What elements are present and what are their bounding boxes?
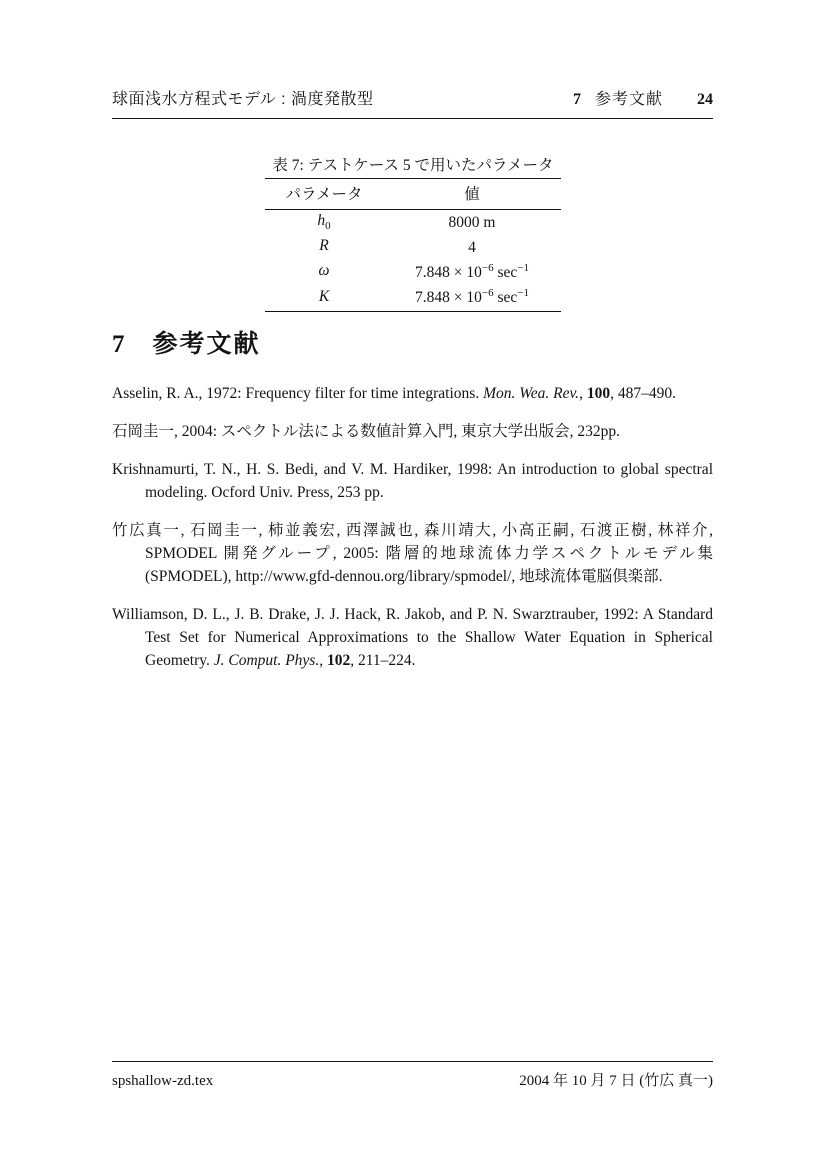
- param-symbol: h: [317, 212, 325, 229]
- value-exponent: −6: [482, 287, 494, 299]
- volume-number: 100: [587, 385, 610, 402]
- section-title: 参考文献: [153, 330, 261, 358]
- reference-entry: Krishnamurti, T. N., H. S. Bedi, and V. …: [112, 458, 713, 504]
- running-header-section-number: 7: [573, 91, 581, 109]
- running-header: 球面浅水方程式モデル : 渦度発散型 7 参考文献 24: [112, 86, 713, 119]
- reference-text: , 地球流体電脳倶楽部.: [511, 568, 662, 585]
- footer-filename: spshallow-zd.tex: [112, 1073, 213, 1090]
- value-cell: 7.848 × 10−6 sec−1: [383, 260, 561, 285]
- running-header-title: 球面浅水方程式モデル : 渦度発散型: [112, 86, 374, 109]
- document-page: 球面浅水方程式モデル : 渦度発散型 7 参考文献 24 表 7: テストケース…: [0, 0, 826, 1169]
- value-text: 7.848 × 10: [415, 264, 482, 281]
- table-header-row: パラメータ 値: [265, 179, 561, 210]
- unit-exponent: −1: [517, 287, 529, 299]
- table-row: h0 8000 m: [265, 210, 561, 236]
- column-header-parameter: パラメータ: [265, 179, 383, 210]
- reference-text: , 211–224.: [350, 652, 415, 669]
- reference-list: Asselin, R. A., 1972: Frequency filter f…: [112, 382, 713, 687]
- param-cell: ω: [265, 260, 383, 285]
- table-row: ω 7.848 × 10−6 sec−1: [265, 260, 561, 285]
- table-row: K 7.848 × 10−6 sec−1: [265, 285, 561, 311]
- volume-number: 102: [327, 652, 350, 669]
- param-symbol: K: [319, 288, 329, 305]
- section-number: 7: [112, 331, 125, 358]
- reference-text: 石岡圭一, 2004: スペクトル法による数値計算入門, 東京大学出版会, 23…: [112, 423, 620, 440]
- value-text: 8000 m: [449, 214, 496, 231]
- value-unit: sec: [494, 264, 518, 281]
- page-footer: spshallow-zd.tex 2004 年 10 月 7 日 (竹広 真一): [112, 1061, 713, 1090]
- param-subscript: 0: [325, 220, 331, 232]
- journal-name: J. Comput. Phys.: [214, 652, 319, 669]
- reference-text: , 487–490.: [610, 385, 676, 402]
- reference-entry: Asselin, R. A., 1972: Frequency filter f…: [112, 382, 713, 405]
- reference-entry: 石岡圭一, 2004: スペクトル法による数値計算入門, 東京大学出版会, 23…: [112, 420, 713, 443]
- value-unit: sec: [494, 290, 518, 307]
- value-text: 7.848 × 10: [415, 290, 482, 307]
- param-cell: K: [265, 285, 383, 311]
- table-row: R 4: [265, 235, 561, 260]
- param-symbol: ω: [319, 262, 330, 279]
- table-caption: 表 7: テストケース 5 で用いたパラメータ: [0, 153, 826, 175]
- value-cell: 8000 m: [383, 210, 561, 236]
- value-cell: 7.848 × 10−6 sec−1: [383, 285, 561, 311]
- reference-entry: 竹広真一, 石岡圭一, 柿並義宏, 西澤誠也, 森川靖大, 小高正嗣, 石渡正樹…: [112, 519, 713, 588]
- section-heading: 7参考文献: [112, 324, 261, 360]
- param-cell: R: [265, 235, 383, 260]
- unit-exponent: −1: [517, 262, 529, 274]
- reference-url: http://www.gfd-dennou.org/library/spmode…: [235, 568, 511, 585]
- reference-text: Asselin, R. A., 1972: Frequency filter f…: [112, 385, 483, 402]
- param-cell: h0: [265, 210, 383, 236]
- reference-entry: Williamson, D. L., J. B. Drake, J. J. Ha…: [112, 603, 713, 672]
- value-cell: 4: [383, 235, 561, 260]
- journal-name: Mon. Wea. Rev.: [483, 385, 579, 402]
- value-text: 4: [468, 239, 476, 256]
- parameter-table-block: 表 7: テストケース 5 で用いたパラメータ パラメータ 値 h0 8000 …: [0, 153, 826, 312]
- footer-date-author: 2004 年 10 月 7 日 (竹広 真一): [519, 1069, 713, 1090]
- column-header-value: 値: [383, 179, 561, 210]
- page-number: 24: [697, 91, 713, 109]
- reference-text: ,: [579, 385, 587, 402]
- param-symbol: R: [319, 237, 328, 254]
- value-exponent: −6: [482, 262, 494, 274]
- reference-text: ,: [319, 652, 327, 669]
- running-header-section-title: 参考文献: [595, 86, 663, 109]
- parameter-table: パラメータ 値 h0 8000 m R 4 ω 7.848 × 10−6 sec…: [265, 178, 561, 312]
- reference-text: Krishnamurti, T. N., H. S. Bedi, and V. …: [112, 461, 713, 501]
